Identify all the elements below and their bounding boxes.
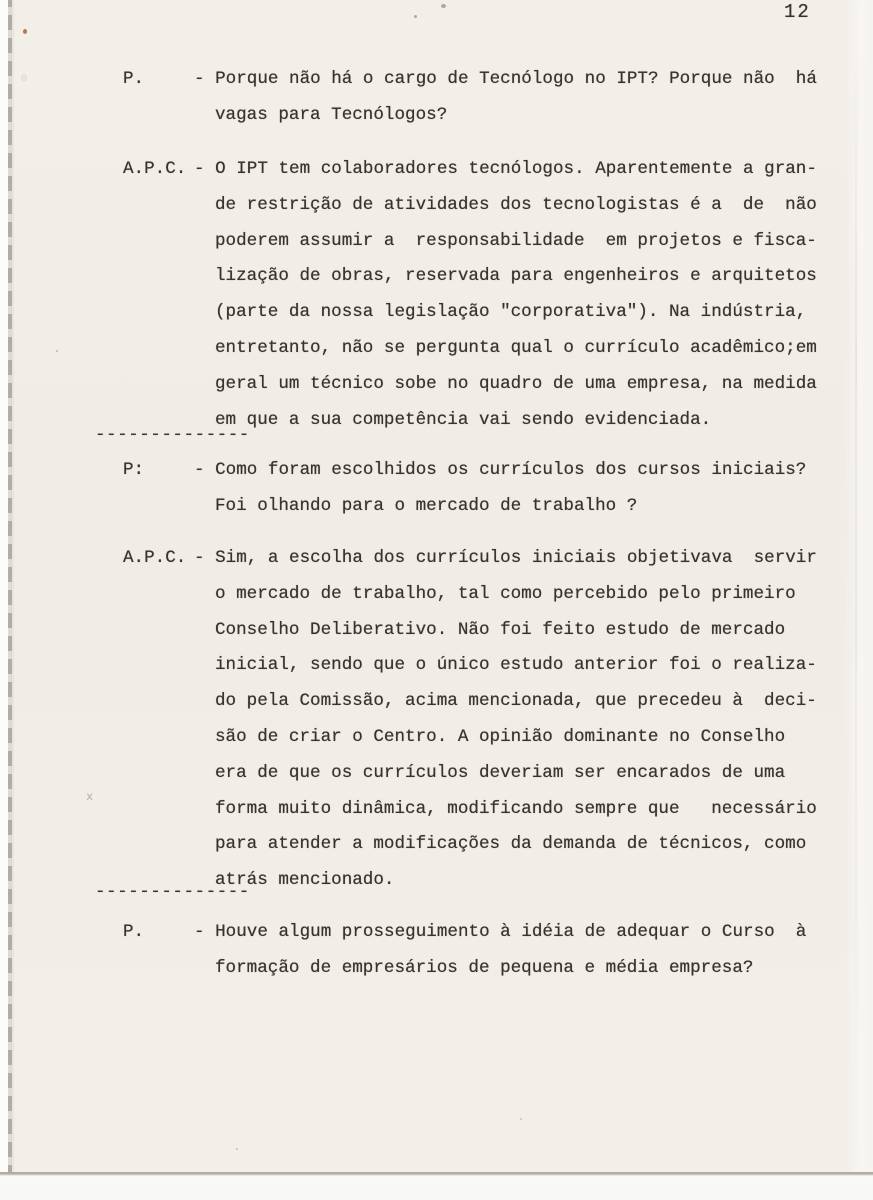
paper-crease [855, 0, 857, 1172]
entry-line: forma muito dinâmica, modificando sempre… [194, 792, 843, 828]
paper-bottom-edge [0, 1172, 873, 1200]
entry-line: o mercado de trabalho, tal como percebid… [194, 577, 843, 613]
entry-line: atrás mencionado. [194, 863, 843, 899]
interview-entry: P. - Houve algum prosseguimento à idéia … [123, 915, 843, 987]
separator-line: -------------- [95, 418, 250, 454]
entry-line: são de criar o Centro. A opinião dominan… [194, 720, 843, 756]
entry-line: do pela Comissão, acima mencionada, que … [194, 684, 843, 720]
entry-line: para atender a modificações da demanda d… [194, 827, 843, 863]
entry-lines: - O IPT tem colaboradores tecnólogos. Ap… [194, 152, 843, 438]
paper-speck [520, 1118, 522, 1120]
page-number: 12 [784, 1, 811, 23]
separator-line: -------------- [95, 875, 250, 911]
interview-entry: A.P.C. - Sim, a escolha dos currículos i… [123, 541, 843, 899]
interview-entry: A.P.C. - O IPT tem colaboradores tecnólo… [123, 152, 843, 438]
entry-line: formação de empresários de pequena e méd… [194, 951, 843, 987]
entry-line: - Como foram escolhidos os currículos do… [194, 453, 843, 489]
entry-line: - Sim, a escolha dos currículos iniciais… [194, 541, 843, 577]
entry-line: - Houve algum prosseguimento à idéia de … [194, 915, 843, 951]
interview-entry: P. - Porque não há o cargo de Tecnólogo … [123, 62, 843, 134]
entry-line: poderem assumir a responsabilidade em pr… [194, 224, 843, 260]
paper-speck [56, 350, 58, 352]
entry-line: - O IPT tem colaboradores tecnólogos. Ap… [194, 152, 843, 188]
scan-background: 12 P. - Porque não há o cargo de Tecnólo… [0, 0, 873, 1200]
entry-line: em que a sua competência vai sendo evide… [194, 403, 843, 439]
paper-left-edge-highlight [12, 0, 14, 1172]
entry-line: entretanto, não se pergunta qual o currí… [194, 331, 843, 367]
speaker-label: P. [123, 62, 194, 98]
entry-lines: - Sim, a escolha dos currículos iniciais… [194, 541, 843, 899]
entry-line: de restrição de atividades dos tecnologi… [194, 188, 843, 224]
speaker-label: A.P.C. [123, 541, 194, 577]
entry-lines: - Houve algum prosseguimento à idéia de … [194, 915, 843, 987]
interview-entry: P: - Como foram escolhidos os currículos… [123, 453, 843, 525]
entry-line: vagas para Tecnólogos? [194, 98, 843, 134]
paper-mark: x [86, 790, 93, 804]
entry-line: Foi olhando para o mercado de trabalho ? [194, 489, 843, 525]
paper-right-edge [845, 0, 873, 1172]
entry-line: lização de obras, reservada para engenhe… [194, 259, 843, 295]
paper-speck [236, 1148, 238, 1150]
paper-speck [414, 15, 417, 18]
entry-line: Conselho Deliberativo. Não foi feito est… [194, 613, 843, 649]
speaker-label: P: [123, 453, 194, 489]
paper-speck [441, 4, 446, 8]
speaker-label: P. [123, 915, 194, 951]
entry-line: era de que os currículos deveriam ser en… [194, 756, 843, 792]
entry-line: (parte da nossa legislação "corporativa"… [194, 295, 843, 331]
entry-line: - Porque não há o cargo de Tecnólogo no … [194, 62, 843, 98]
entry-lines: - Porque não há o cargo de Tecnólogo no … [194, 62, 843, 134]
paper-speck [21, 74, 27, 81]
entry-line: geral um técnico sobe no quadro de uma e… [194, 367, 843, 403]
entry-line: inicial, sendo que o único estudo anteri… [194, 648, 843, 684]
speaker-label: A.P.C. [123, 152, 194, 188]
paper-speck [23, 29, 27, 34]
entry-lines: - Como foram escolhidos os currículos do… [194, 453, 843, 525]
